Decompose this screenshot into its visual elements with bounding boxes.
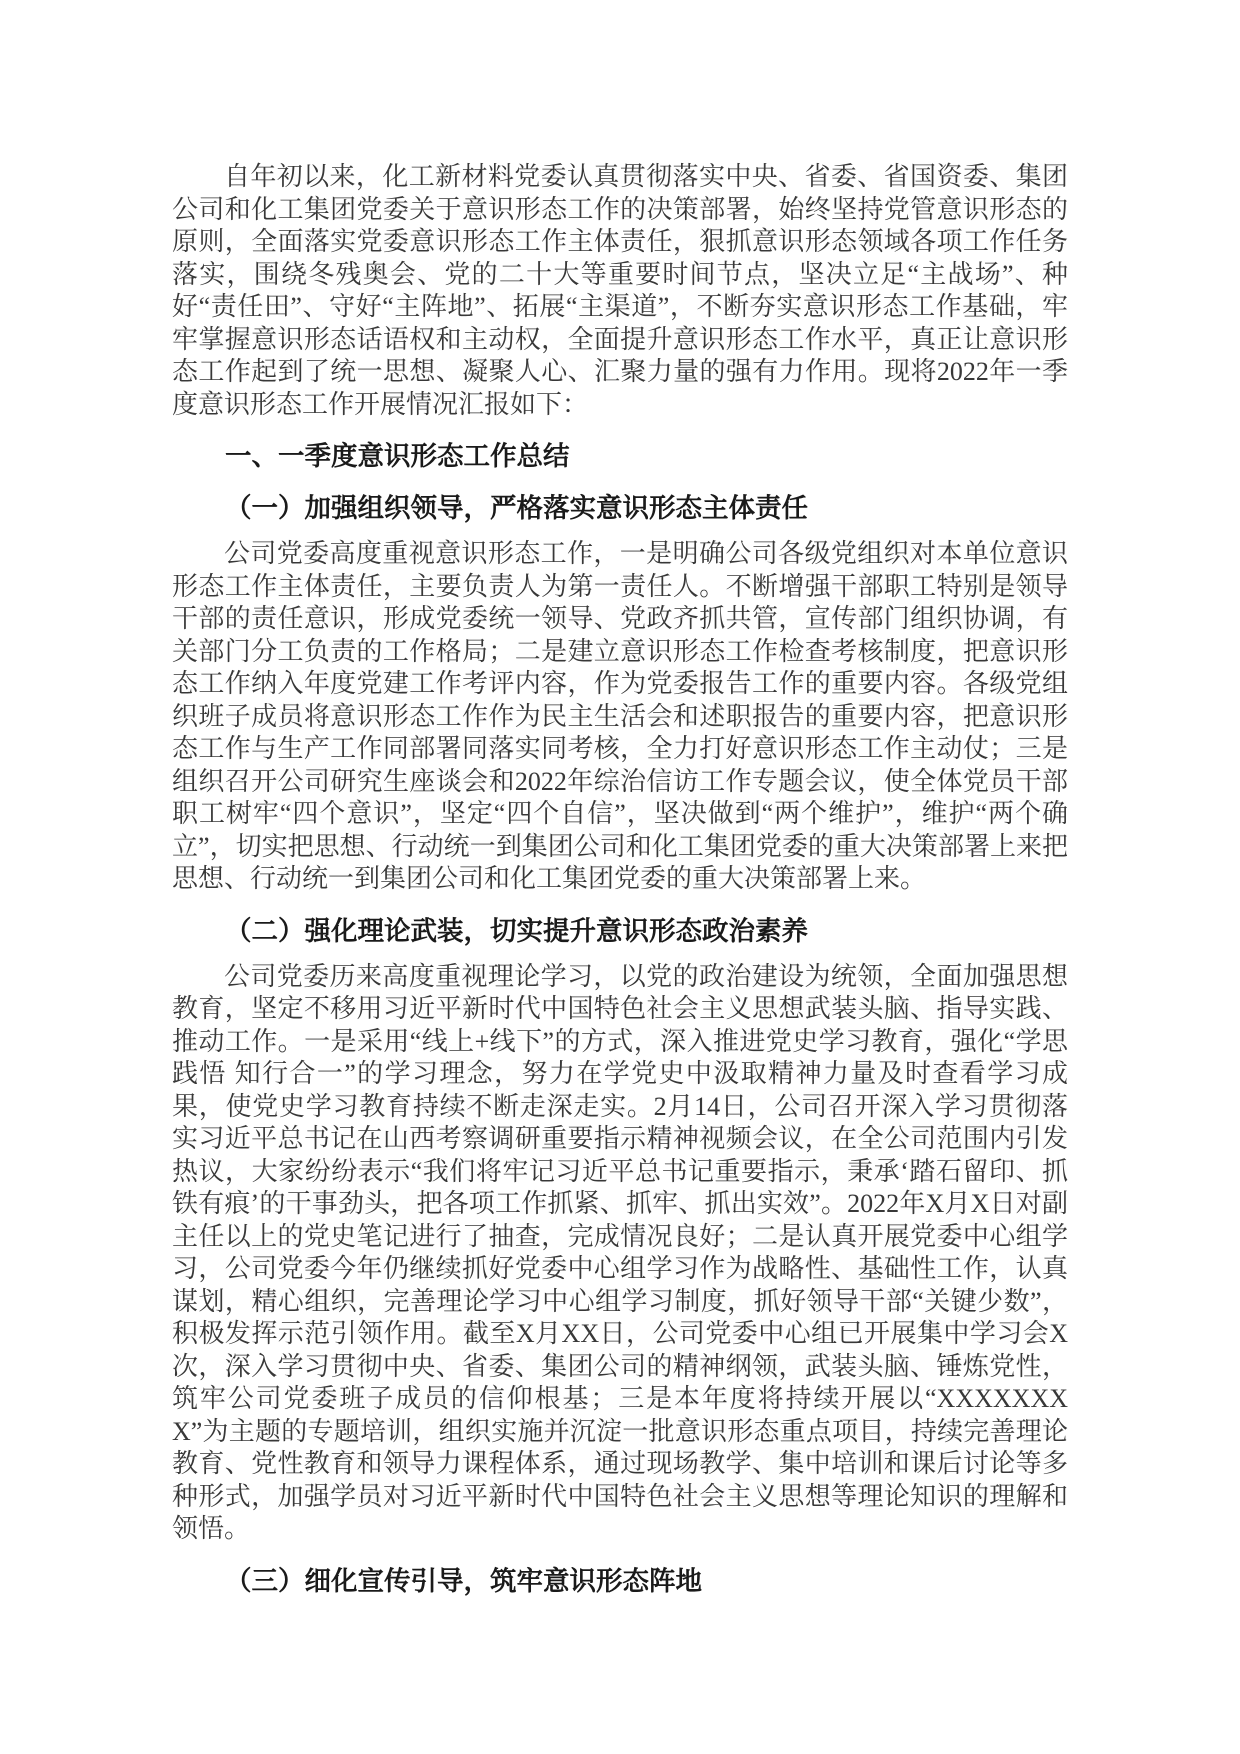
subsection-1-body: 公司党委高度重视意识形态工作，一是明确公司各级党组织对本单位意识形态工作主体责任… [172, 538, 1068, 896]
document-body: 自年初以来，化工新材料党委认真贯彻落实中央、省委、省国资委、集团公司和化工集团党… [172, 161, 1068, 1598]
subsection-2-body: 公司党委历来高度重视理论学习，以党的政治建设为统领，全面加强思想教育，坚定不移用… [172, 961, 1068, 1546]
subsection-1-heading: （一）加强组织领导，严格落实意识形态主体责任 [172, 492, 1068, 525]
subsection-2-heading: （二）强化理论武装，切实提升意识形态政治素养 [172, 915, 1068, 948]
section-1-heading: 一、一季度意识形态工作总结 [172, 440, 1068, 473]
intro-paragraph: 自年初以来，化工新材料党委认真贯彻落实中央、省委、省国资委、集团公司和化工集团党… [172, 161, 1068, 421]
document-page: 自年初以来，化工新材料党委认真贯彻落实中央、省委、省国资委、集团公司和化工集团党… [0, 0, 1240, 1754]
subsection-3-heading: （三）细化宣传引导，筑牢意识形态阵地 [172, 1565, 1068, 1598]
